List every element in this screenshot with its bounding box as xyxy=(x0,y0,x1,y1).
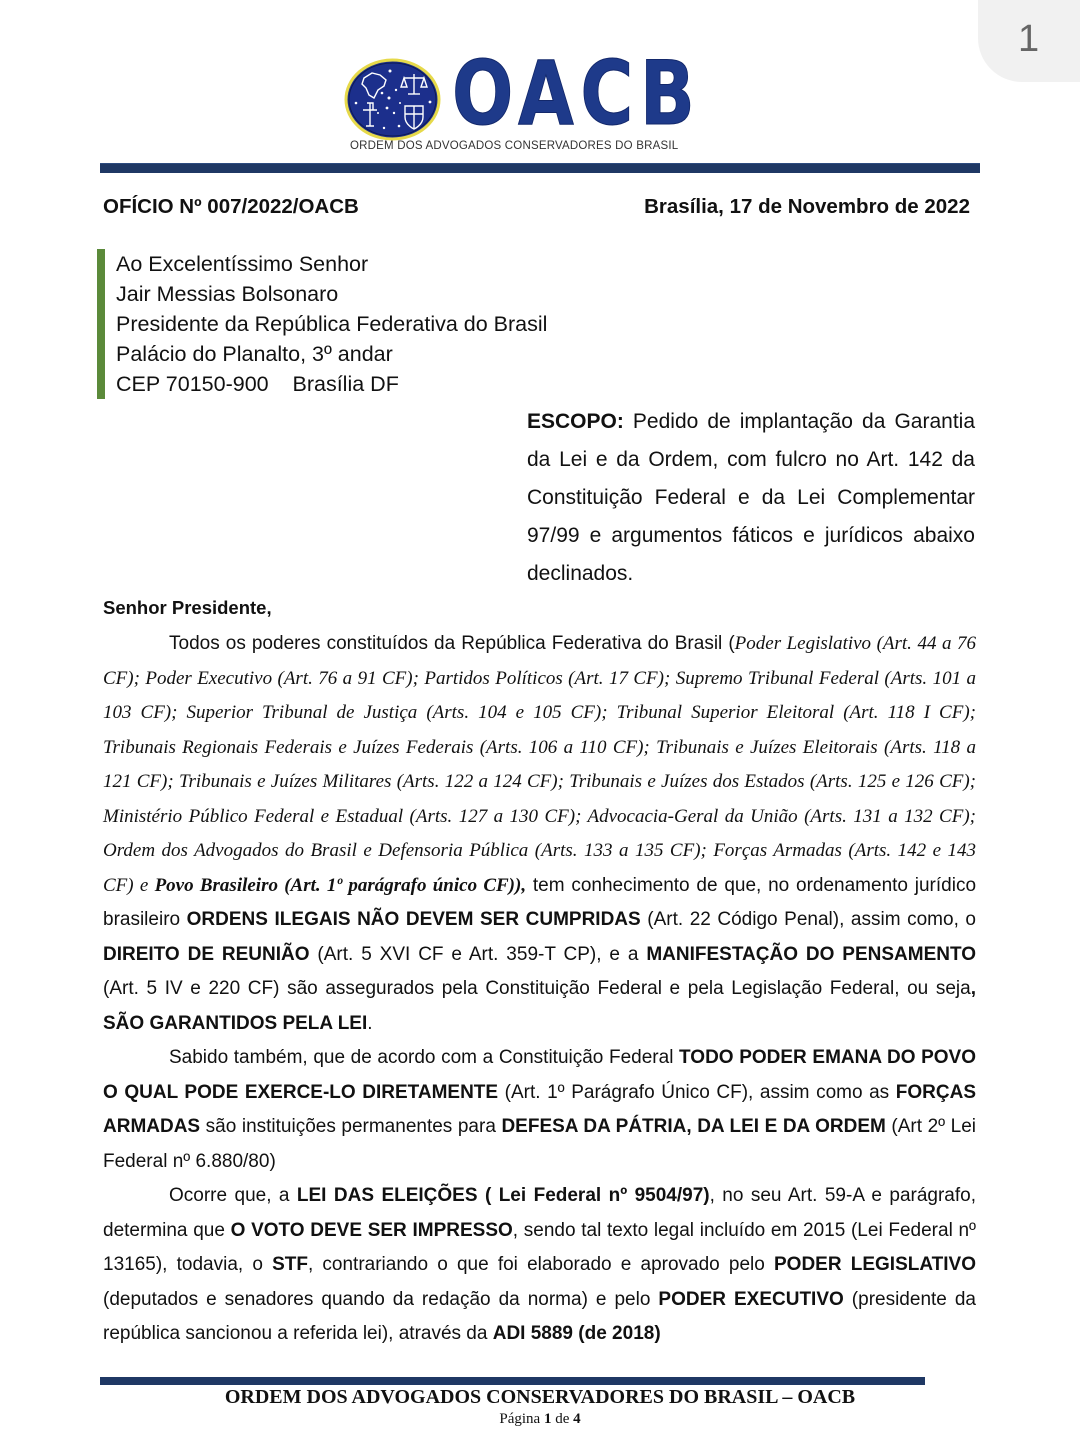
text-run: Poder Legislativo (Art. 44 a 76 CF); Pod… xyxy=(103,633,976,896)
body-paragraph: Ocorre que, a LEI DAS ELEIÇÕES ( Lei Fed… xyxy=(103,1179,976,1352)
letter-number: OFÍCIO Nº 007/2022/OACB xyxy=(103,195,359,219)
text-run: Povo Brasileiro (Art. 1º parágrafo único… xyxy=(155,875,527,896)
text-run: (Art. 5 XVI CF e Art. 359-T CP), e a xyxy=(310,944,647,965)
oacb-emblem-icon xyxy=(344,58,441,141)
text-run: DEFESA DA PÁTRIA, DA LEI E DA ORDEM xyxy=(501,1116,885,1137)
page-prefix: Página xyxy=(499,1411,544,1427)
body-paragraph: Todos os poderes constituídos da Repúbli… xyxy=(103,627,976,1041)
page-sep: de xyxy=(551,1411,573,1427)
page-number: 1 xyxy=(1018,18,1039,61)
text-run: MANIFESTAÇÃO DO PENSAMENTO xyxy=(646,944,976,965)
text-run: , contrariando o que foi elaborado e apr… xyxy=(308,1254,774,1275)
text-run: PODER LEGISLATIVO xyxy=(774,1254,976,1275)
text-run: . xyxy=(367,1013,372,1034)
text-run: Sabido também, que de acordo com a Const… xyxy=(169,1047,679,1068)
scope-label: ESCOPO: xyxy=(527,410,624,433)
text-run: (Art. 22 Código Penal), assim como, o xyxy=(641,909,976,930)
text-run: PODER EXECUTIVO xyxy=(658,1289,843,1310)
logo-wordmark: OACB xyxy=(452,50,701,138)
text-run: (deputados e senadores quando da redação… xyxy=(103,1289,658,1310)
text-run: ADI 5889 (de 2018) xyxy=(493,1323,661,1344)
addressee-line: Ao Excelentíssimo Senhor xyxy=(116,249,547,279)
page-total: 4 xyxy=(573,1411,581,1427)
text-run: Todos os poderes constituídos da Repúbli… xyxy=(169,633,735,654)
letter-date: Brasília, 17 de Novembro de 2022 xyxy=(644,195,970,219)
header-rule xyxy=(100,163,980,173)
text-run: O VOTO DEVE SER IMPRESSO xyxy=(231,1220,513,1241)
text-run: STF xyxy=(272,1254,308,1275)
page-number-badge: 1 xyxy=(978,0,1080,82)
scope-text: Pedido de implantação da Garantia da Lei… xyxy=(527,410,975,585)
text-run: (Art. 1º Parágrafo Único CF), assim como… xyxy=(498,1082,896,1103)
footer-page-number: Página 1 de 4 xyxy=(0,1411,1080,1428)
oacb-logo: OACB ORDEM DOS ADVOGADOS CONSERVADORES D… xyxy=(344,54,739,156)
text-run: Ocorre que, a xyxy=(169,1185,297,1206)
addressee-line: Jair Messias Bolsonaro xyxy=(116,279,547,309)
addressee-line: Palácio do Planalto, 3º andar xyxy=(116,339,547,369)
addressee-block: Ao Excelentíssimo Senhor Jair Messias Bo… xyxy=(97,249,547,399)
logo-subtitle: ORDEM DOS ADVOGADOS CONSERVADORES DO BRA… xyxy=(350,140,738,152)
footer-rule xyxy=(100,1377,925,1385)
text-run: (Art. 5 IV e 220 CF) são assegurados pel… xyxy=(103,978,971,999)
text-run: DIREITO DE REUNIÃO xyxy=(103,944,310,965)
salutation: Senhor Presidente, xyxy=(103,597,272,619)
addressee-line: CEP 70150-900 Brasília DF xyxy=(116,369,547,399)
text-run: são instituições permanentes para xyxy=(200,1116,501,1137)
addressee-line: Presidente da República Federativa do Br… xyxy=(116,309,547,339)
text-run: LEI DAS ELEIÇÕES ( Lei Federal nº 9504/9… xyxy=(297,1185,710,1206)
footer-title: ORDEM DOS ADVOGADOS CONSERVADORES DO BRA… xyxy=(0,1386,1080,1409)
body-paragraph: Sabido também, que de acordo com a Const… xyxy=(103,1041,976,1179)
scope-block: ESCOPO: Pedido de implantação da Garanti… xyxy=(527,403,975,593)
letter-body: Todos os poderes constituídos da Repúbli… xyxy=(103,627,976,1352)
text-run: ORDENS ILEGAIS NÃO DEVEM SER CUMPRIDAS xyxy=(187,909,641,930)
